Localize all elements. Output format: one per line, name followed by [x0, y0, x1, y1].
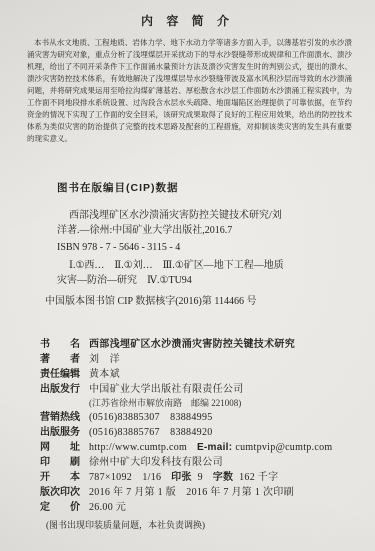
cip-isbn: ISBN 978 - 7 - 5646 - 3115 - 4	[57, 240, 347, 255]
row-edition: 版次印次 2016 年 7 月第 1 版 2016 年 7 月第 1 次印刷	[40, 485, 357, 500]
row-website: 网 址 http://www.cumtp.com E-mail:cumtpvip…	[40, 440, 357, 455]
row-printer: 印 刷 徐州中矿大印发科技有限公司	[40, 455, 357, 470]
publishing-service-value: (0516)83885767 83884920	[89, 425, 213, 440]
author-value: 刘 洋	[89, 352, 120, 367]
edition-label: 版次印次	[40, 485, 84, 500]
sheets-value: 9	[198, 472, 203, 483]
row-editor: 责任编辑 黄本斌	[40, 367, 357, 382]
price-label: 定 价	[40, 500, 84, 515]
row-price: 定 价 26.00 元	[40, 500, 357, 515]
cip-section: 图书在版编目(CIP)数据 西部浅埋矿区水沙溃涌灾害防控关键技术研究/刘 洋著.…	[57, 181, 347, 309]
quality-note: (图书出现印装质量问题，本社负责调换)	[46, 518, 357, 532]
format-label: 开 本	[40, 470, 84, 485]
publisher-label: 出版发行	[40, 382, 84, 397]
book-copyright-page: 内 容 简 介 本书从水文地质、工程地质、岩体力学、地下水动力学等诸多方面入手，…	[0, 0, 375, 551]
cip-header: 图书在版编目(CIP)数据	[57, 181, 347, 196]
words-label: 字数	[213, 472, 234, 483]
publisher-value: 中国矿业大学出版社有限责任公司	[89, 382, 244, 397]
row-publishing-service: 出版服务 (0516)83885767 83884920	[40, 425, 357, 440]
marketing-hotline-value: (0516)83885307 83884995	[89, 410, 213, 425]
format-size: 787×1092 1/16	[89, 472, 161, 483]
printer-value: 徐州中矿大印发科技有限公司	[89, 455, 223, 470]
cip-title-line-2: 洋著.—徐州:中国矿业大学出版社,2016.7	[57, 223, 347, 238]
book-title-value: 西部浅埋矿区水沙溃涌灾害防控关键技术研究	[89, 337, 295, 352]
editor-label: 责任编辑	[40, 367, 84, 382]
book-title-label: 书 名	[40, 337, 84, 352]
editor-value: 黄本斌	[89, 367, 120, 382]
publisher-address: (江苏省徐州市解放南路 邮编 221008)	[89, 397, 357, 410]
printer-label: 印 刷	[40, 455, 84, 470]
cip-record-number: 中国版本图书馆 CIP 数据核字(2016)第 114466 号	[45, 294, 347, 309]
email-label: E-mail:	[197, 442, 232, 453]
words-value: 162 千字	[239, 472, 278, 483]
website-label: 网 址	[40, 440, 84, 455]
marketing-hotline-label: 营销热线	[40, 410, 84, 425]
row-format: 开 本 787×1092 1/16 印张 9 字数 162 千字	[40, 470, 357, 485]
sheets-label: 印张	[171, 472, 192, 483]
cip-title-line-1: 西部浅埋矿区水沙溃涌灾害防控关键技术研究/刘	[69, 208, 347, 223]
email-value: cumtpvip@cumtp.com	[235, 442, 332, 453]
author-label: 著 者	[40, 352, 84, 367]
website-url: http://www.cumtp.com	[89, 442, 187, 453]
cip-classification-line-1: Ⅰ.①西… Ⅱ.①刘… Ⅲ.①矿区—地下工程—地质	[69, 258, 347, 273]
row-book-title: 书 名 西部浅埋矿区水沙溃涌灾害防控关键技术研究	[40, 337, 357, 352]
edition-value: 2016 年 7 月第 1 版 2016 年 7 月第 1 次印刷	[89, 485, 294, 500]
colophon-section: 书 名 西部浅埋矿区水沙溃涌灾害防控关键技术研究 著 者 刘 洋 责任编辑 黄本…	[40, 337, 357, 532]
publishing-service-label: 出版服务	[40, 425, 84, 440]
row-publisher: 出版发行 中国矿业大学出版社有限责任公司	[40, 382, 357, 397]
intro-title: 内 容 简 介	[0, 0, 375, 29]
intro-paragraph: 本书从水文地质、工程地质、岩体力学、地下水动力学等诸多方面入手，以薄基岩引发的水…	[27, 37, 352, 145]
row-marketing-hotline: 营销热线 (0516)83885307 83884995	[40, 410, 357, 425]
row-author: 著 者 刘 洋	[40, 352, 357, 367]
cip-classification-line-2: 灾害—防治—研究 Ⅳ.①TU94	[57, 273, 347, 288]
price-value: 26.00 元	[89, 500, 126, 515]
